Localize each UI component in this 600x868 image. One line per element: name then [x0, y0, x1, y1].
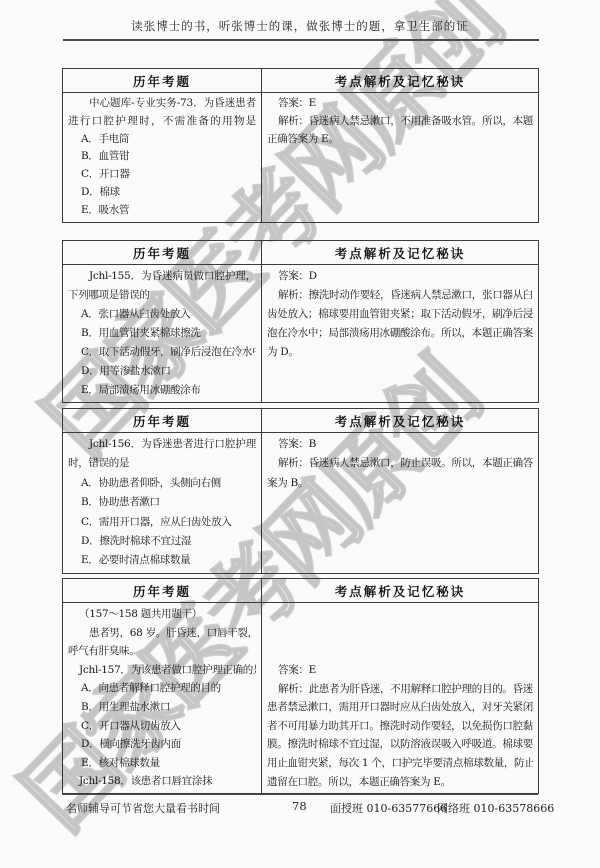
- analysis-line: 解析：昏迷病人禁忌漱口，不用准备吸水管。所以，本题: [267, 113, 533, 131]
- footer-online-class-phone: 网络班 010-63578666: [437, 800, 554, 816]
- analysis-line: 齿处放入；棉球要用血管钳夹紧；取下活动假牙，刷净后浸: [267, 305, 533, 324]
- option-line: A．张口器从臼齿处放入: [68, 305, 256, 324]
- col-header-analysis: 考点解析及记忆秘诀: [262, 241, 539, 265]
- option-line: C．取下活动假牙，刷净后浸泡在冷水中: [68, 343, 256, 362]
- question-line: 时，错误的是: [68, 454, 256, 473]
- analysis-line: 患者禁忌漱口，需用开口器时应从臼齿处放入，对牙关紧闭: [267, 698, 533, 717]
- question-cell: （157～158 题共用题干） 患者男，68 岁。肝昏迷，口唇干裂， 呼气有肝臭…: [63, 603, 262, 794]
- exam-table-4: 历年考题 考点解析及记忆秘诀 （157～158 题共用题干） 患者男，68 岁。…: [62, 578, 539, 794]
- analysis-line: 遗留在口腔。所以，本题正确答案为 E。: [267, 773, 533, 792]
- option-line: C．需用开口器，应从臼齿处放入: [68, 513, 256, 532]
- col-header-analysis: 考点解析及记忆秘诀: [262, 579, 539, 603]
- question-cell: Jchl-155．为昏迷病员做口腔护理， 下列哪项是错误的 A．张口器从臼齿处放…: [63, 265, 262, 403]
- analysis-line: 者不可用暴力助其开口。擦洗时动作要轻，以免损伤口腔黏: [267, 717, 533, 736]
- col-header-past-questions: 历年考题: [63, 241, 262, 265]
- analysis-line: 泡在冷水中；局部溃疡用冰硼酸涂布。所以，本题正确答案: [267, 324, 533, 343]
- analysis-line: 案为 B。: [267, 474, 533, 493]
- shared-stem-note-line: （157～158 题共用题干）: [68, 605, 256, 624]
- option-line: B．用生理盐水漱口: [68, 698, 256, 717]
- option-line: E．必要时清点棉球数量: [68, 551, 256, 570]
- analysis-line: 为 D。: [267, 343, 533, 362]
- analysis-line: 解析：擦洗时动作要轻，昏迷病人禁忌漱口，张口器从臼: [267, 286, 533, 305]
- question-line: 患者男，68 岁。肝昏迷，口唇干裂，: [68, 624, 256, 643]
- question-line: 呼气有肝臭味。: [68, 642, 256, 661]
- analysis-line: 解析：此患者为肝昏迷，不用解释口腔护理的目的。昏迷: [267, 680, 533, 699]
- footer-onsite-class-phone: 面授班 010-63577666: [330, 800, 447, 816]
- answer-line: 答案：B: [267, 435, 533, 454]
- page-footer: 名师辅导可节省您大量看书时间 78 面授班 010-63577666 网络班 0…: [0, 800, 600, 818]
- col-header-past-questions: 历年考题: [63, 69, 262, 93]
- option-line: E．局部溃疡用冰硼酸涂布: [68, 381, 256, 400]
- exam-table-1: 历年考题 考点解析及记忆秘诀 中心题库-专业实务-73．为昏迷患者 进行口腔护理…: [62, 68, 539, 223]
- question-line: 下列哪项是错误的: [68, 286, 256, 305]
- analysis-cell: 答案：E 解析：昏迷病人禁忌漱口，不用准备吸水管。所以，本题 正确答案为 E。: [262, 93, 539, 223]
- header-divider: [63, 39, 539, 41]
- option-line: D．横向擦洗牙齿内面: [68, 735, 256, 754]
- option-line: E．核对棉球数量: [68, 754, 256, 773]
- analysis-line: 解析：昏迷病人禁忌漱口，防止误吸。所以，本题正确答: [267, 454, 533, 473]
- page-header-slogan: 读张博士的书，听张博士的课，做张博士的题，拿卫生部的证: [0, 18, 600, 34]
- analysis-cell: 答案：D 解析：擦洗时动作要轻，昏迷病人禁忌漱口，张口器从臼 齿处放入；棉球要用…: [262, 265, 539, 403]
- col-header-past-questions: 历年考题: [63, 579, 262, 603]
- col-header-analysis: 考点解析及记忆秘诀: [262, 69, 539, 93]
- question-cell: 中心题库-专业实务-73．为昏迷患者 进行口腔护理时，不需准备的用物是 A．手电…: [63, 93, 262, 223]
- option-line: B．协助患者漱口: [68, 493, 256, 512]
- question-line: Jchl-157．为该患者做口腔护理正确的是: [68, 661, 256, 680]
- analysis-line: 用止血钳夹紧，每次 1 个，口护完毕要清点棉球数量，防止: [267, 754, 533, 773]
- question-cell: Jchl-156．为昏迷患者进行口腔护理 时，错误的是 A．协助患者仰卧，头侧向…: [63, 433, 262, 574]
- question-line: 进行口腔护理时，不需准备的用物是: [68, 113, 256, 131]
- footer-divider: [62, 794, 538, 795]
- option-line: C．开口器从切齿放入: [68, 717, 256, 736]
- question-line: Jchl-158．该患者口唇宜涂抹: [68, 772, 256, 791]
- page-number: 78: [292, 799, 307, 813]
- exam-table-2: 历年考题 考点解析及记忆秘诀 Jchl-155．为昏迷病员做口腔护理， 下列哪项…: [62, 240, 539, 403]
- option-line: D．擦洗时棉球不宜过湿: [68, 532, 256, 551]
- answer-line: 答案：D: [267, 267, 533, 286]
- option-line: B．血管钳: [68, 148, 256, 166]
- col-header-analysis: 考点解析及记忆秘诀: [262, 409, 539, 433]
- option-line: B．用血管钳夹紧棉球擦洗: [68, 324, 256, 343]
- question-line: Jchl-156．为昏迷患者进行口腔护理: [68, 435, 256, 454]
- answer-line: 答案：E: [267, 95, 533, 113]
- analysis-cell: 答案：B 解析：昏迷病人禁忌漱口，防止误吸。所以，本题正确答 案为 B。: [262, 433, 539, 574]
- option-line: A．向患者解释口腔护理的目的: [68, 679, 256, 698]
- question-line: Jchl-155．为昏迷病员做口腔护理，: [68, 267, 256, 286]
- analysis-line: 正确答案为 E。: [267, 131, 533, 149]
- footer-slogan: 名师辅导可节省您大量看书时间: [66, 800, 220, 816]
- exam-table-3: 历年考题 考点解析及记忆秘诀 Jchl-156．为昏迷患者进行口腔护理 时，错误…: [62, 408, 539, 574]
- option-line: C．开口器: [68, 166, 256, 184]
- question-line: 中心题库-专业实务-73．为昏迷患者: [68, 95, 256, 113]
- answer-line: 答案：E: [267, 661, 533, 680]
- option-line: A．手电筒: [68, 131, 256, 149]
- analysis-top-spacer: [267, 605, 533, 661]
- option-line: A．协助患者仰卧，头侧向右侧: [68, 474, 256, 493]
- analysis-cell: 答案：E 解析：此患者为肝昏迷，不用解释口腔护理的目的。昏迷 患者禁忌漱口，需用…: [262, 603, 539, 794]
- option-line: D．棉球: [68, 184, 256, 202]
- option-line: D．用等渗盐水漱口: [68, 362, 256, 381]
- analysis-line: 膜。擦洗时棉球不宜过湿，以防溶液误吸入呼吸道。棉球要: [267, 735, 533, 754]
- document-page: 国家医考网原创 国家医考网原创 读张博士的书，听张博士的课，做张博士的题，拿卫生…: [0, 0, 600, 868]
- option-line: E．吸水管: [68, 202, 256, 220]
- col-header-past-questions: 历年考题: [63, 409, 262, 433]
